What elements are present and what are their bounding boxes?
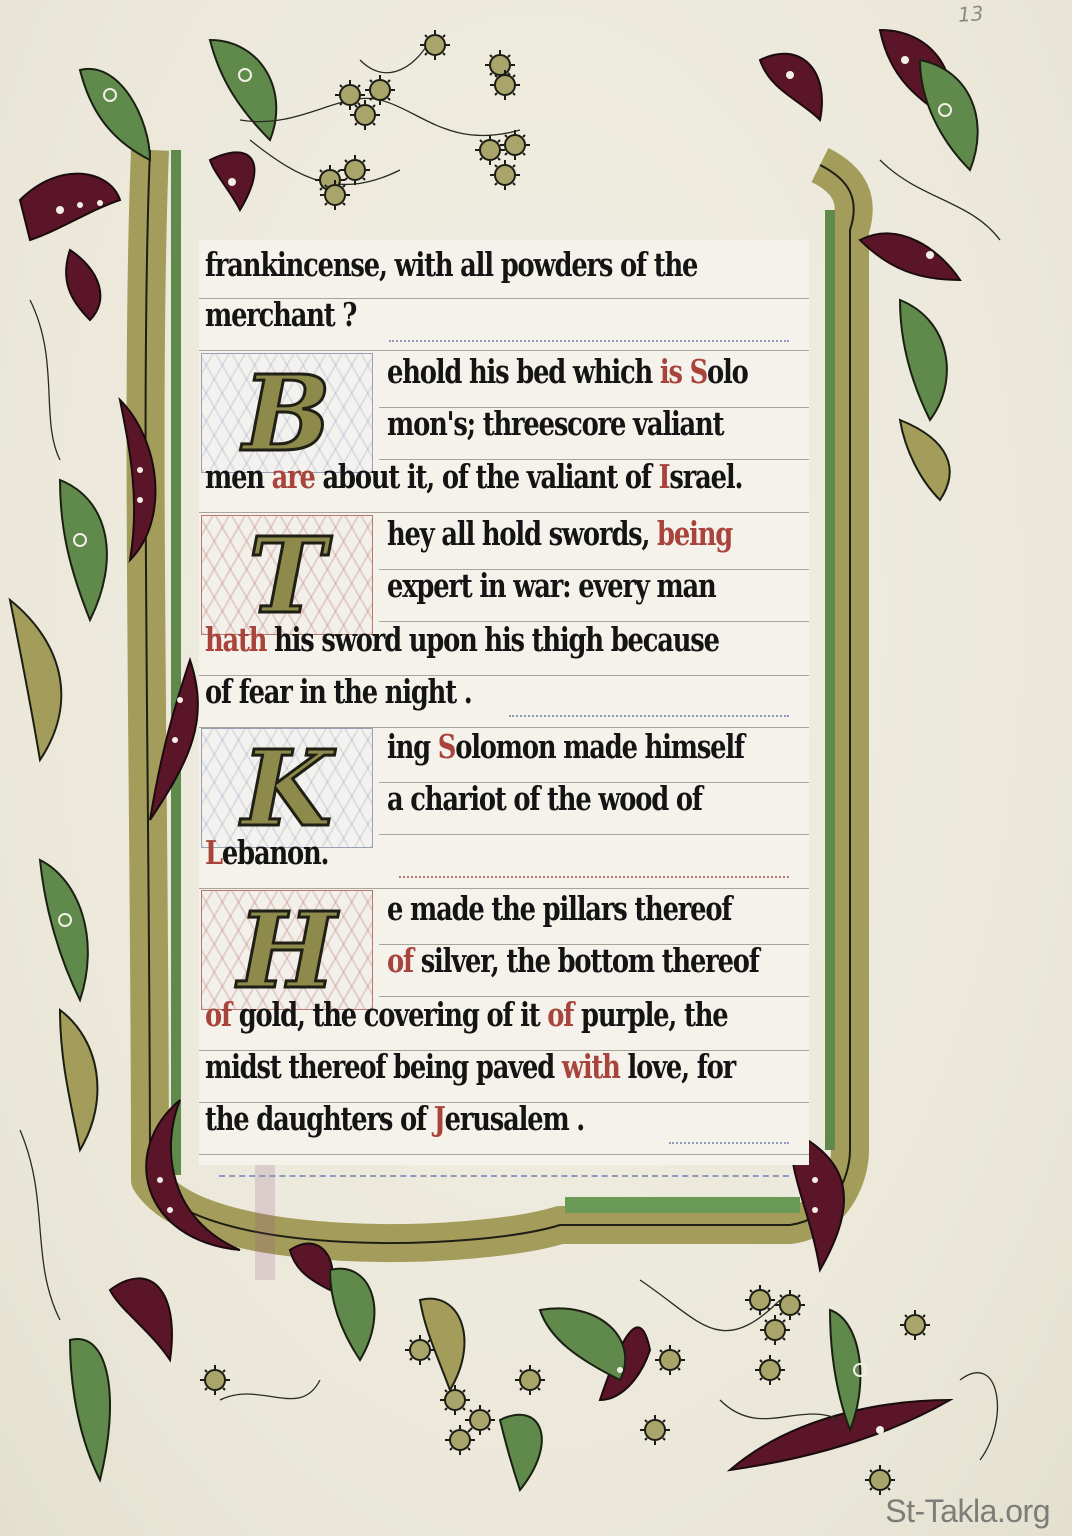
initial-letter: K — [202, 729, 372, 847]
text-line: of gold, the covering of it of purple, t… — [199, 998, 809, 1051]
text-line: men are about it, of the valiant of Isra… — [199, 460, 809, 513]
manuscript-page: 13 B T K H frankincense, with all powder… — [0, 0, 1072, 1536]
line-filler-flourish — [669, 1122, 789, 1144]
text-line: expert in war: every man — [379, 569, 809, 622]
text-line: e made the pillars thereof — [379, 892, 809, 945]
text-line: frankincense, with all powders of the — [199, 248, 809, 299]
text-line: a chariot of the wood of — [379, 782, 809, 835]
text-line: hey all hold swords, being — [379, 517, 809, 570]
illuminated-initial-t: T — [201, 515, 373, 635]
text-line: of silver, the bottom thereof — [379, 944, 809, 997]
bottom-scroll-flourish — [219, 1155, 789, 1177]
initial-letter: H — [202, 891, 372, 1009]
site-watermark: St-Takla.org — [885, 1493, 1050, 1530]
line-filler-flourish — [399, 856, 789, 878]
text-line: ing Solomon made himself — [379, 730, 809, 783]
folio-number: 13 — [957, 1, 984, 27]
scripture-text-panel: B T K H frankincense, with all powders o… — [199, 240, 809, 1165]
text-line: ehold his bed which is Solo — [379, 355, 809, 408]
illuminated-initial-h: H — [201, 890, 373, 1010]
illuminated-initial-k: K — [201, 728, 373, 848]
text-line: midst thereof being paved with love, for — [199, 1050, 809, 1103]
text-line: hath his sword upon his thigh because — [199, 623, 809, 676]
initial-letter: B — [202, 354, 372, 472]
line-filler-flourish — [509, 695, 789, 717]
illuminated-initial-b: B — [201, 353, 373, 473]
text-line: mon's; threescore valiant — [379, 407, 809, 460]
initial-letter: T — [202, 516, 372, 634]
line-filler-flourish — [389, 320, 789, 342]
